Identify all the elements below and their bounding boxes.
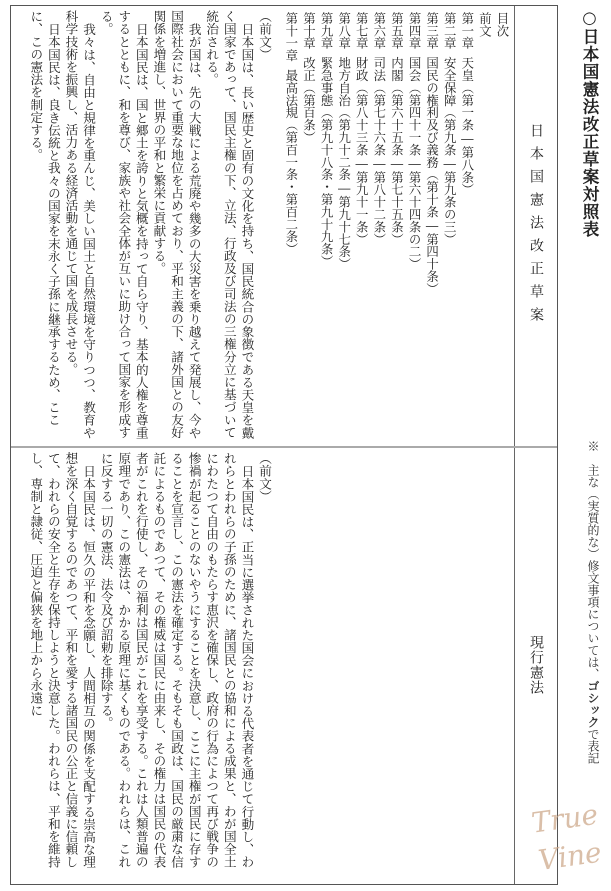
toc-item: 第三章国民の権利及び義務（第十条―第四十条） [423, 12, 441, 432]
paragraph: 我が国は、先の大戦による荒廃や幾多の大災害を乗り越えて発展し、今や国際社会におい… [150, 10, 203, 440]
toc-item: 第八章地方自治（第九十二条―第九十七条） [335, 12, 353, 432]
proposal-preamble: （前文） 日本国は、長い歴史と固有の文化を持ち、国民統合の象徴である天皇を戴く国… [27, 10, 273, 440]
header-column: 日本国憲法改正草案 現行憲法 [514, 6, 557, 884]
header-proposal: 日本国憲法改正草案 [515, 6, 557, 446]
toc-item: 第四章国会（第四十一条―第六十四条の二） [405, 12, 423, 432]
paragraph: 日本国民は、良き伝統と我々の国家を末永く子孫に継承するため、ここに、この憲法を制… [27, 10, 62, 440]
toc-item: 第五章内閣（第六十五条―第七十五条） [388, 12, 406, 432]
paragraph: 我々は、自由と規律を重んじ、美しい国土と自然環境を守りつつ、教育や科学技術を振興… [62, 10, 97, 440]
note-prefix: ※ 主な（実質的な）修文事項については、 [586, 440, 600, 680]
current-preamble: （前文） 日本国民は、正当に選挙された国会における代表者を通じて行動し、われらと… [27, 452, 273, 880]
toc-item: 第一章天皇（第一条―第八条） [458, 12, 476, 432]
table-of-contents: 目次 前文 第一章天皇（第一条―第八条） 第二章安全保障（第九条―第九条の三） … [282, 12, 511, 432]
preamble-heading: （前文） [255, 452, 273, 880]
header-proposal-label: 日本国憲法改正草案 [526, 123, 546, 330]
preamble-heading: （前文） [255, 10, 273, 440]
header-current-label: 現行憲法 [526, 635, 546, 695]
toc-item: 第二章安全保障（第九条―第九条の三） [441, 12, 459, 432]
toc-item: 前文 [476, 12, 494, 432]
row-divider [11, 446, 557, 448]
paragraph: 日本国民は、国と郷土を誇りと気概を持って自ら守り、基本的人権を尊重するとともに、… [97, 10, 150, 440]
comparison-table: 日本国憲法改正草案 現行憲法 目次 前文 第一章天皇（第一条―第八条） 第二章安… [10, 5, 558, 885]
current-body: （前文） 日本国民は、正当に選挙された国会における代表者を通じて行動し、われらと… [11, 452, 515, 880]
toc-heading: 目次 [493, 12, 511, 432]
toc-item: 第七章財政（第八十三条―第九十一条） [353, 12, 371, 432]
document-title: ○日本国憲法改正草案対照表 [574, 8, 604, 428]
toc-item: 第十章改正（第百条） [300, 12, 318, 432]
watermark-logo: True Vine [520, 794, 611, 890]
paragraph: 日本国民は、恒久の平和を念願し、人間相互の関係を支配する崇高な理想を深く自覚する… [27, 452, 97, 880]
toc-item: 第六章司法（第七十六条―第八十二条） [370, 12, 388, 432]
note-suffix: で表記 [586, 728, 600, 764]
paragraph: 日本国民は、正当に選挙された国会における代表者を通じて行動し、われらとわれらの子… [97, 452, 255, 880]
note-gothic: ゴシック [586, 680, 600, 728]
proposal-body: 目次 前文 第一章天皇（第一条―第八条） 第二章安全保障（第九条―第九条の三） … [11, 10, 515, 440]
toc-item: 第十一章最高法規（第百一条・第百二条） [282, 12, 300, 432]
paragraph: 日本国は、長い歴史と固有の文化を持ち、国民統合の象徴である天皇を戴く国家であって… [203, 10, 256, 440]
toc-item: 第九章緊急事態（第九十八条・第九十九条） [317, 12, 335, 432]
